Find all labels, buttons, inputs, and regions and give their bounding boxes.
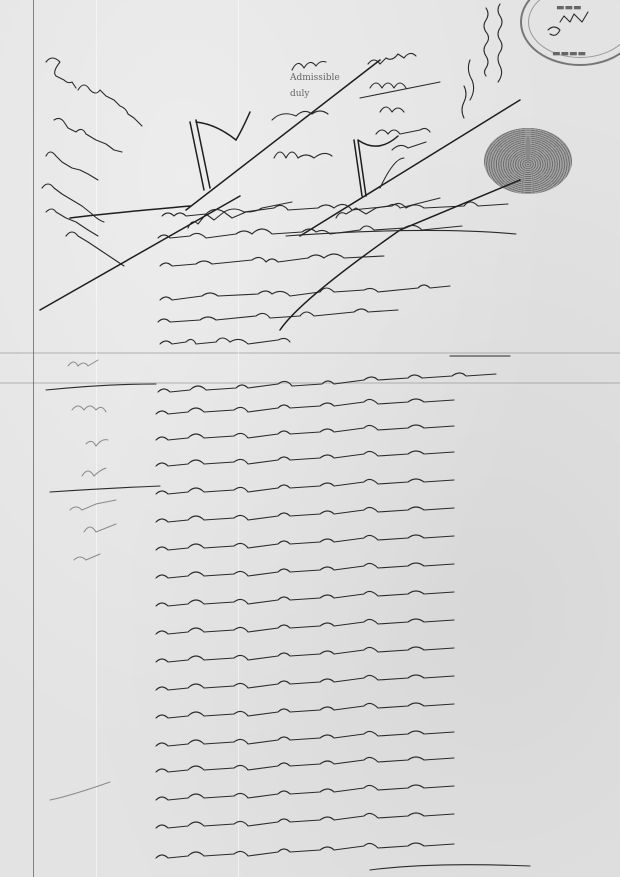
svg-text:▬▬▬▬: ▬▬▬▬: [552, 49, 586, 59]
svg-text:▬▬▬: ▬▬▬: [556, 3, 582, 13]
body-handwriting-strokes: [156, 373, 530, 870]
left-margin-pencil-marks: [46, 360, 160, 800]
scanned-document-page: Bengali stamp text (illegible) Handwritt…: [0, 0, 620, 877]
seal-inscription: ▬▬▬ ▬▬▬▬: [548, 3, 588, 59]
left-margin-rotated-note: [40, 58, 240, 310]
vertical-seal-note: [468, 4, 502, 100]
svg-text:duly: duly: [290, 89, 310, 99]
handwriting-layer: ▬▬▬ ▬▬▬▬ Admissible duly: [0, 0, 620, 877]
svg-text:Admissible: Admissible: [289, 73, 340, 83]
stamp-print: Admissible duly: [289, 73, 340, 99]
crossed-paragraph-strokes: [158, 180, 520, 356]
